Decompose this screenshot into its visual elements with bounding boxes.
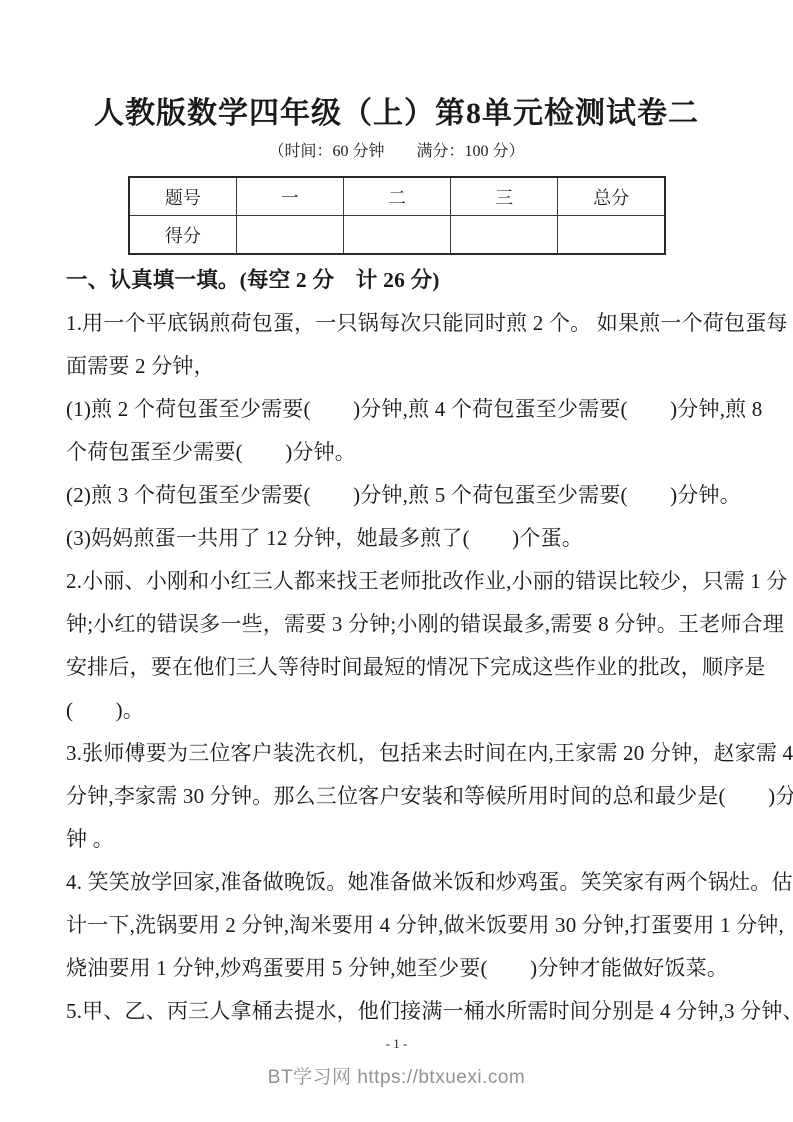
question-line: (1)煎 2 个荷包蛋至少需要( )分钟,煎 4 个荷包蛋至少需要( )分钟,煎… <box>66 388 727 431</box>
watermark: BT学习网 https://btxuexi.com <box>0 1062 793 1089</box>
question-line: ( )。 <box>66 689 727 732</box>
question-line: 面需要 2 分钟， <box>66 345 727 388</box>
question-line: 钟;小红的错误多一些，需要 3 分钟;小刚的错误最多,需要 8 分钟。王老师合理 <box>66 603 727 646</box>
question-line: 分钟,李家需 30 分钟。那么三位客户安装和等候所用时间的总和最少是( )分 <box>66 775 727 818</box>
page-title: 人教版数学四年级（上）第8单元检测试卷二 <box>0 96 793 132</box>
question-line: 钟 。 <box>66 818 727 861</box>
exam-subtitle: （时间：60 分钟 满分：100 分） <box>0 142 793 162</box>
score-header-cell: 一 <box>236 177 343 216</box>
score-cell <box>451 216 558 255</box>
score-cell <box>343 216 450 255</box>
score-table-score-row: 得分 <box>129 216 665 255</box>
score-cell <box>236 216 343 255</box>
question-body: 一、认真填一填。(每空 2 分 计 26 分) 1.用一个平底锅煎荷包蛋，一只锅… <box>66 259 727 1033</box>
score-table-header-row: 题号 一 二 三 总分 <box>129 177 665 216</box>
question-line: 3.张师傅要为三位客户装洗衣机，包括来去时间在内,王家需 20 分钟，赵家需 4… <box>66 732 727 775</box>
score-header-cell: 三 <box>451 177 558 216</box>
question-line: 1.用一个平底锅煎荷包蛋，一只锅每次只能同时煎 2 个。 如果煎一个荷包蛋每 <box>66 302 727 345</box>
question-line: (2)煎 3 个荷包蛋至少需要( )分钟,煎 5 个荷包蛋至少需要( )分钟。 <box>66 474 727 517</box>
question-line: 个荷包蛋至少需要( )分钟。 <box>66 431 727 474</box>
section-heading: 一、认真填一填。(每空 2 分 计 26 分) <box>66 259 727 302</box>
score-header-cell: 二 <box>343 177 450 216</box>
score-cell <box>558 216 665 255</box>
score-header-cell: 总分 <box>558 177 665 216</box>
score-header-cell: 题号 <box>129 177 236 216</box>
question-line: (3)妈妈煎蛋一共用了 12 分钟，她最多煎了( )个蛋。 <box>66 517 727 560</box>
question-line: 2.小丽、小刚和小红三人都来找王老师批改作业,小丽的错误比较少，只需 1 分 <box>66 560 727 603</box>
score-table: 题号 一 二 三 总分 得分 <box>128 176 666 255</box>
score-row-label: 得分 <box>129 216 236 255</box>
question-line: 烧油要用 1 分钟,炒鸡蛋要用 5 分钟,她至少要( )分钟才能做好饭菜。 <box>66 947 727 990</box>
exam-page: 人教版数学四年级（上）第8单元检测试卷二 （时间：60 分钟 满分：100 分）… <box>0 0 793 1122</box>
page-number: - 1 - <box>0 1036 793 1052</box>
question-line: 5.甲、乙、丙三人拿桶去提水，他们接满一桶水所需时间分别是 4 分钟,3 分钟、 <box>66 990 727 1033</box>
question-line: 4. 笑笑放学回家,准备做晚饭。她准备做米饭和炒鸡蛋。笑笑家有两个锅灶。估 <box>66 861 727 904</box>
question-line: 计一下,洗锅要用 2 分钟,淘米要用 4 分钟,做米饭要用 30 分钟,打蛋要用… <box>66 904 727 947</box>
question-line: 安排后，要在他们三人等待时间最短的情况下完成这些作业的批改，顺序是 <box>66 646 727 689</box>
